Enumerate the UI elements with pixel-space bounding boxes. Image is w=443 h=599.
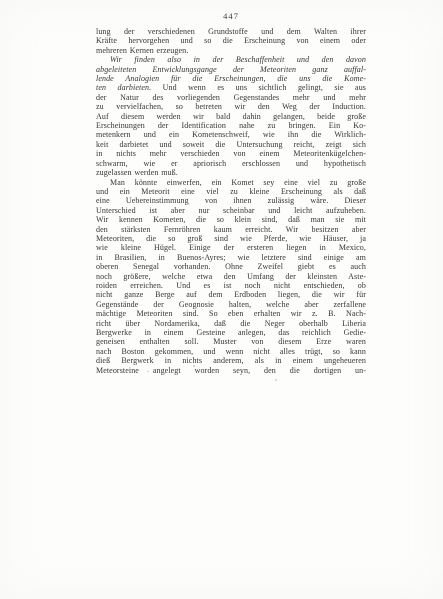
page-number: 447	[96, 11, 366, 21]
text-run: schwarm, wie er apriorisch erschlossen u…	[96, 159, 366, 168]
text-line: Wir kennen Kometen, die so klein sind, d…	[96, 215, 366, 224]
text-run: in Brasilien, in Buenos-Ayres; wie letzt…	[96, 253, 366, 262]
text-run: mehreren Kernen erzeugen.	[96, 46, 188, 55]
text-run: oberen Senegal vorhanden. Ohne Zweifel g…	[96, 262, 366, 271]
text-line: oberen Senegal vorhanden. Ohne Zweifel g…	[96, 262, 366, 271]
text-line: den stärksten Fernröhren kaum erreicht. …	[96, 225, 366, 234]
text-run: zu vervielfachen, so betreten wir den We…	[96, 102, 366, 111]
italic-text-run: abgeleiteten Entwicklungsgange der Meteo…	[96, 65, 366, 74]
text-line: lende Analogien für die Erscheinungen, d…	[96, 74, 366, 83]
text-line: wie kleine Hügel. Einige der ersteren li…	[96, 243, 366, 252]
text-line: metenkern und ein Kometenschweif, wie ih…	[96, 130, 366, 139]
italic-text-run: lende Analogien für die Erscheinungen, d…	[96, 74, 366, 83]
text-line: nach Boston gekommen, und wenn nicht all…	[96, 347, 366, 356]
text-run: zugelassen werden muß.	[96, 168, 178, 177]
text-line: nicht ganze Berge auf dem Erdboden liege…	[96, 290, 366, 299]
text-line: Auf diesem werden wir bald dahin gelange…	[96, 112, 366, 121]
text-line: in Brasilien, in Buenos-Ayres; wie letzt…	[96, 253, 366, 262]
text-line: Gegenstände der Geognosie halten, welche…	[96, 300, 366, 309]
scan-speck	[275, 379, 277, 381]
text-run: eine Uebereinstimmung von ihnen zulässig…	[96, 196, 366, 205]
text-line: Wir finden also in der Beschaffenheit un…	[96, 55, 366, 64]
text-line: Man könnte einwerfen, ein Komet sey eine…	[96, 178, 366, 187]
text-line: ten darbieten. Und wenn es uns sichtlich…	[96, 83, 366, 92]
text-line: Kräfte hervorgehen und so die Erscheinun…	[96, 36, 366, 45]
text-run: metenkern und ein Kometenschweif, wie ih…	[96, 130, 366, 139]
text-line: Unterschied ist aber nur scheinbar und l…	[96, 206, 366, 215]
text-run: Gegenstände der Geognosie halten, welche…	[96, 300, 366, 309]
text-run: Erscheinungen der Identification nahe zu…	[96, 121, 366, 130]
text-line: roiden erreichen. Und es ist noch nicht …	[96, 281, 366, 290]
scan-speck	[193, 365, 195, 367]
page-text: lung der verschiedenen Grundstoffe und d…	[96, 27, 366, 375]
text-run: roiden erreichen. Und es ist noch nicht …	[96, 281, 366, 290]
text-line: keit darbietet und soweit die Untersuchu…	[96, 140, 366, 149]
text-run: dieß Bergwerk in nichts anderem, als in …	[96, 356, 366, 365]
text-run: mächtige Meteoriten sind. So eben erhalt…	[96, 309, 366, 318]
text-run: den stärksten Fernröhren kaum erreicht. …	[96, 225, 366, 234]
italic-text-run: Wir finden also in der Beschaffenheit un…	[110, 55, 366, 64]
text-line: mehreren Kernen erzeugen.	[96, 46, 366, 55]
text-line: in nichts mehr verschieden von einem Met…	[96, 149, 366, 158]
text-run: Kräfte hervorgehen und so die Erscheinun…	[96, 36, 366, 45]
text-line: Bergwerke in einem Gesteine anlegen, das…	[96, 328, 366, 337]
text-line: und ein Meteorit eine viel zu kleine Ers…	[96, 187, 366, 196]
text-run: keit darbietet und soweit die Untersuchu…	[96, 140, 366, 149]
text-line: Meteorsteine angelegt worden seyn, den d…	[96, 366, 366, 375]
text-run: richt über Nordamerika, daß die Neger ob…	[96, 319, 366, 328]
text-line: noch größere, welche etwa den Umfang der…	[96, 272, 366, 281]
text-run: nicht ganze Berge auf dem Erdboden liege…	[96, 290, 366, 299]
text-line: Erscheinungen der Identification nahe zu…	[96, 121, 366, 130]
text-line: dieß Bergwerk in nichts anderem, als in …	[96, 356, 366, 365]
text-run: Meteoriten, die so groß sind wie Pferde,…	[96, 234, 366, 243]
text-line: abgeleiteten Entwicklungsgange der Meteo…	[96, 65, 366, 74]
text-run: Man könnte einwerfen, ein Komet sey eine…	[110, 178, 366, 187]
text-run: wie kleine Hügel. Einige der ersteren li…	[96, 243, 366, 252]
text-line: geneisen enthalten soll. Muster von dies…	[96, 337, 366, 346]
scan-speck	[147, 371, 149, 372]
text-run: Wir kennen Kometen, die so klein sind, d…	[96, 215, 366, 224]
text-run: nach Boston gekommen, und wenn nicht all…	[96, 347, 366, 356]
text-line: lung der verschiedenen Grundstoffe und d…	[96, 27, 366, 36]
text-run: Bergwerke in einem Gesteine anlegen, das…	[96, 328, 366, 337]
text-run: und ein Meteorit eine viel zu kleine Ers…	[96, 187, 366, 196]
text-run: lung der verschiedenen Grundstoffe und d…	[96, 27, 366, 36]
text-line: Meteoriten, die so groß sind wie Pferde,…	[96, 234, 366, 243]
text-line: eine Uebereinstimmung von ihnen zulässig…	[96, 196, 366, 205]
text-run: geneisen enthalten soll. Muster von dies…	[96, 337, 366, 346]
text-run: Auf diesem werden wir bald dahin gelange…	[96, 112, 366, 121]
text-line: richt über Nordamerika, daß die Neger ob…	[96, 319, 366, 328]
text-run: Meteorsteine angelegt worden seyn, den d…	[96, 366, 366, 375]
text-line: zu vervielfachen, so betreten wir den We…	[96, 102, 366, 111]
text-line: zugelassen werden muß.	[96, 168, 366, 177]
text-run: noch größere, welche etwa den Umfang der…	[96, 272, 366, 281]
text-run: Und wenn es uns sichtlich gelingt, sie a…	[151, 83, 366, 92]
text-run: in nichts mehr verschieden von einem Met…	[96, 149, 366, 158]
text-line: mächtige Meteoriten sind. So eben erhalt…	[96, 309, 366, 318]
italic-text-run: ten darbieten.	[96, 83, 151, 92]
text-line: der Natur des vorliegenden Gegenstandes …	[96, 93, 366, 102]
book-page: 447 lung der verschiedenen Grundstoffe u…	[0, 0, 443, 599]
text-run: der Natur des vorliegenden Gegenstandes …	[96, 93, 366, 102]
text-run: Unterschied ist aber nur scheinbar und l…	[96, 206, 366, 215]
text-line: schwarm, wie er apriorisch erschlossen u…	[96, 159, 366, 168]
